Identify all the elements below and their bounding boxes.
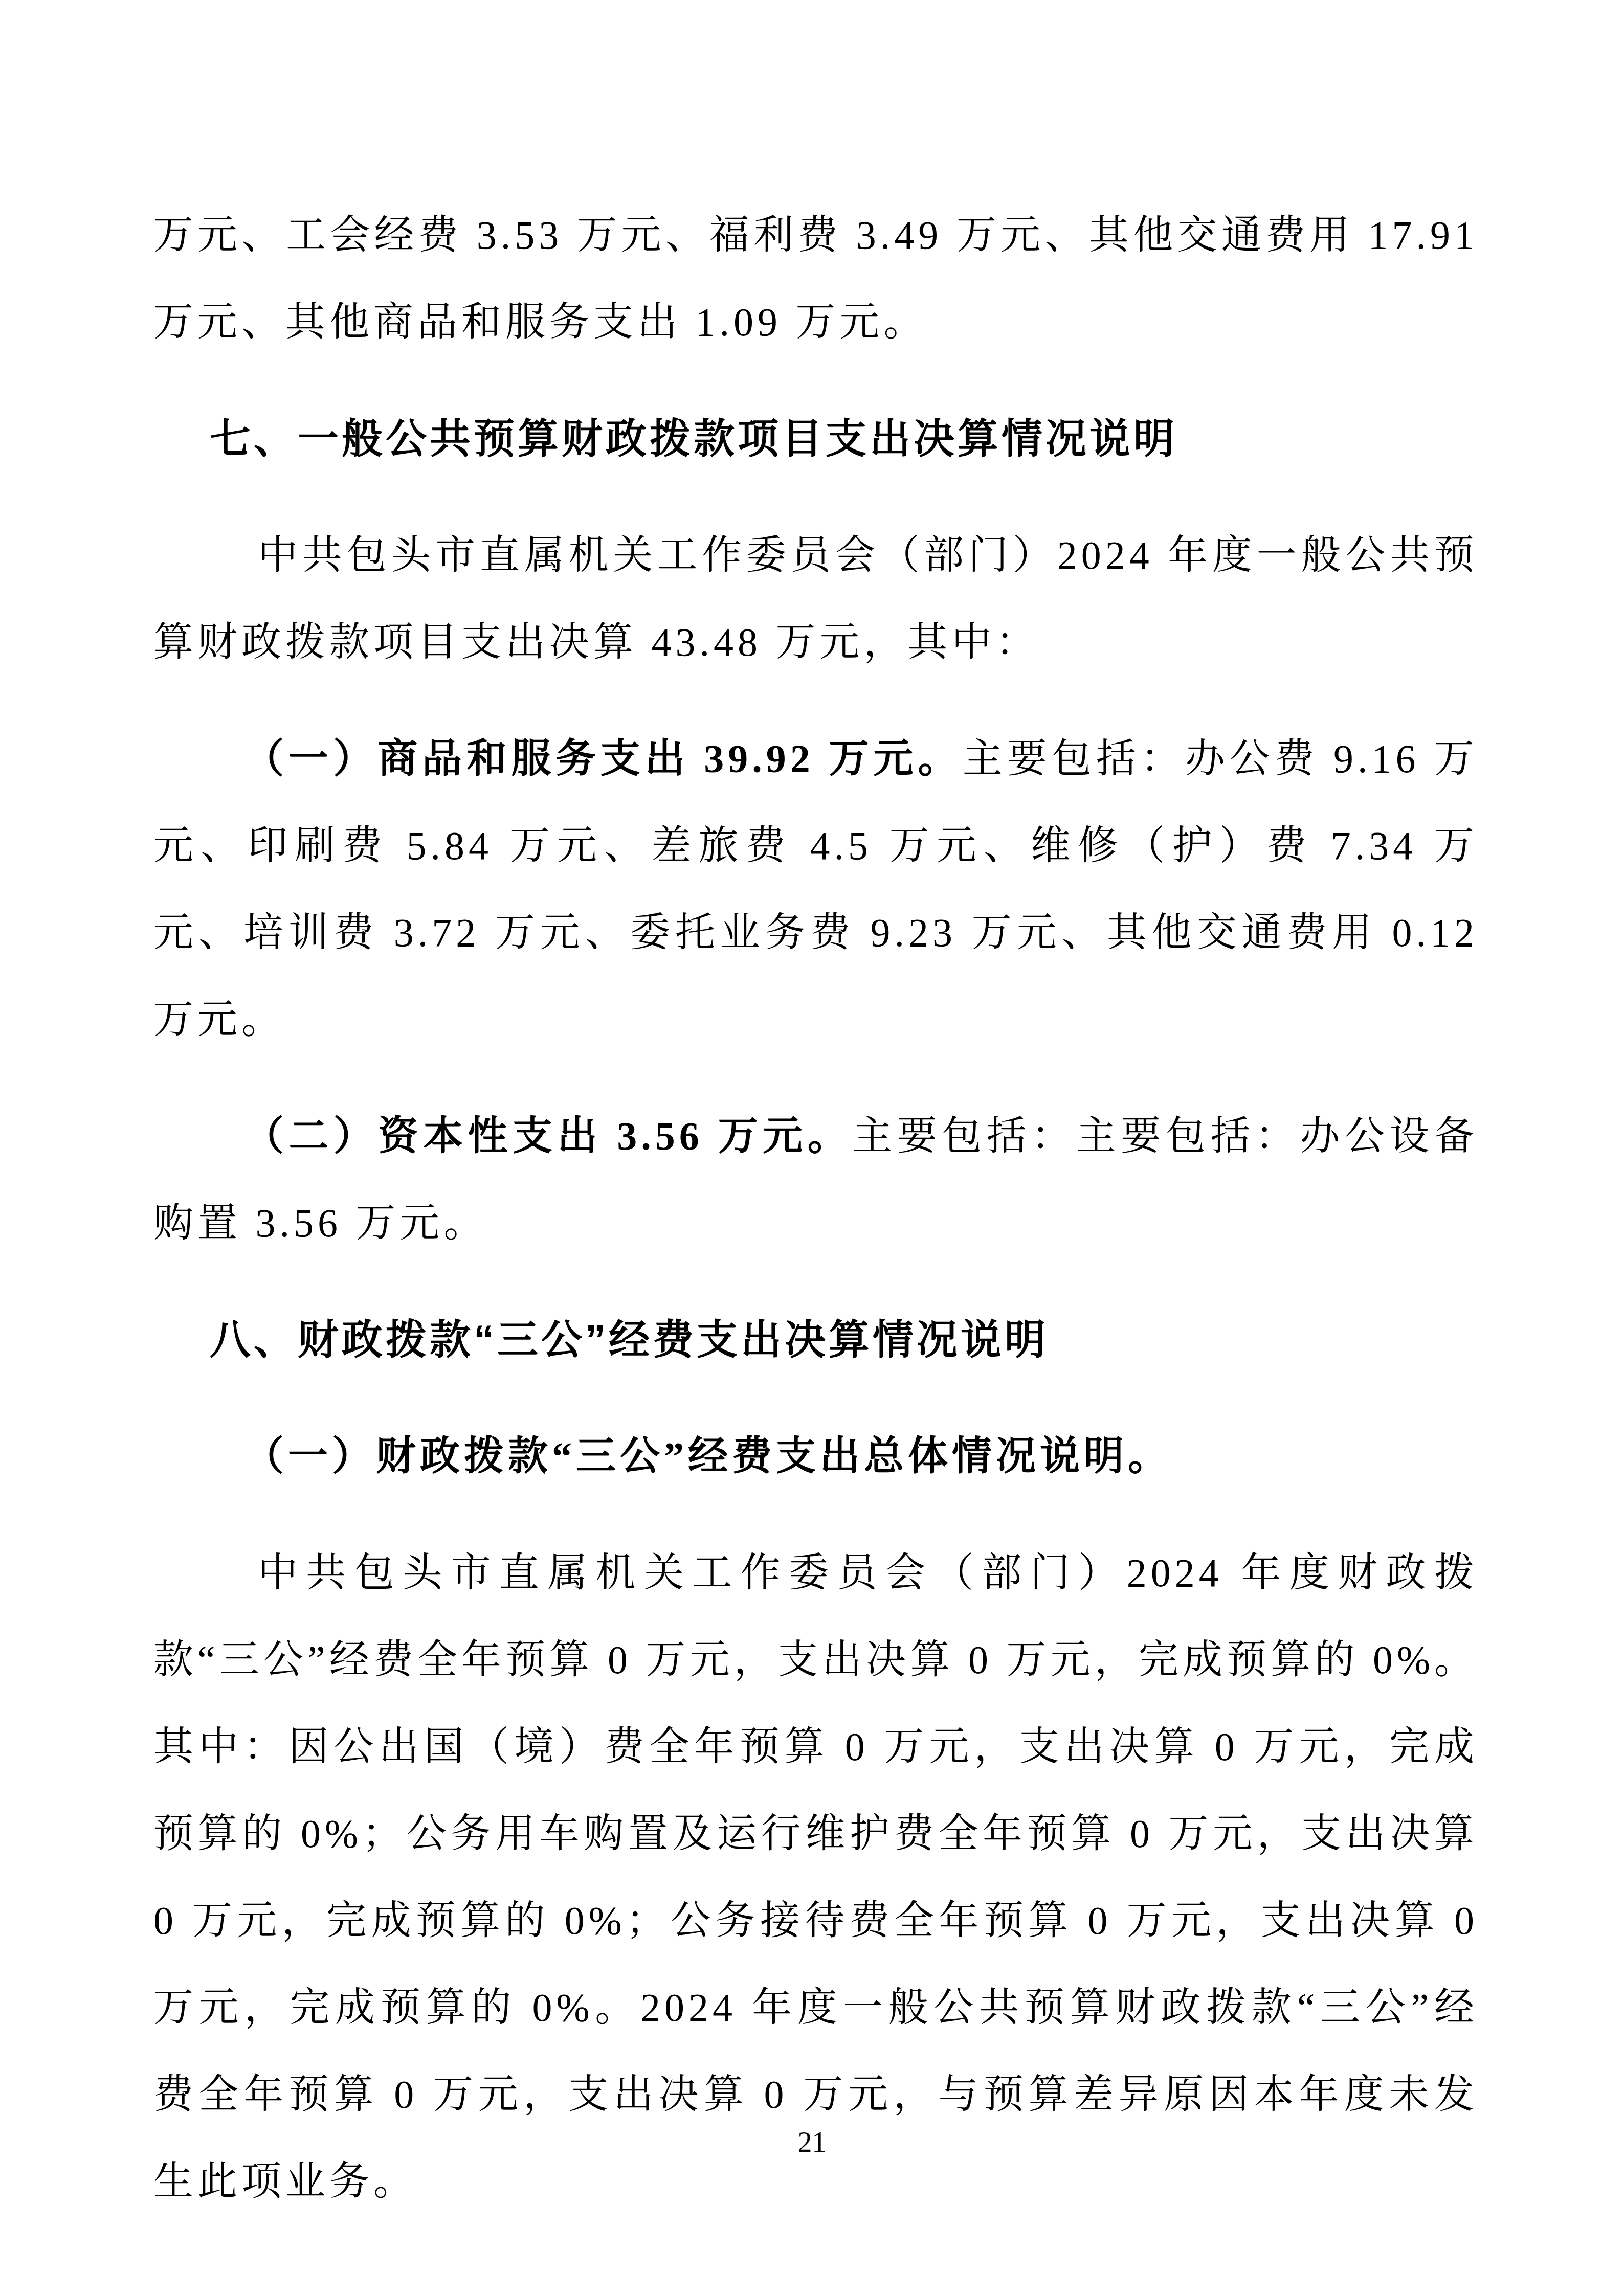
- paragraph-item-two: （二）资本性支出 3.56 万元。主要包括：主要包括：办公设备购置 3.56 万…: [153, 1093, 1478, 1267]
- paragraph-seven-intro: 中共包头市直属机关工作委员会（部门）2024 年度一般公共预算财政拨款项目支出决…: [153, 512, 1478, 686]
- page-number: 21: [0, 2126, 1624, 2159]
- paragraph-item-one: （一）商品和服务支出 39.92 万元。主要包括：办公费 9.16 万元、印刷费…: [153, 715, 1478, 1063]
- paragraph-eight-body: 中共包头市直属机关工作委员会（部门）2024 年度财政拨款“三公”经费全年预算 …: [153, 1529, 1478, 2225]
- sub-heading-eight-one: （一）财政拨款“三公”经费支出总体情况说明。: [153, 1413, 1478, 1500]
- document-page: 万元、工会经费 3.53 万元、福利费 3.49 万元、其他交通费用 17.91…: [0, 0, 1624, 2296]
- item-one-lead: （一）商品和服务支出 39.92 万元。: [244, 736, 963, 781]
- paragraph-continuation: 万元、工会经费 3.53 万元、福利费 3.49 万元、其他交通费用 17.91…: [153, 192, 1478, 366]
- section-heading-seven: 七、一般公共预算财政拨款项目支出决算情况说明: [153, 395, 1478, 482]
- section-heading-eight: 八、财政拨款“三公”经费支出决算情况说明: [153, 1296, 1478, 1383]
- item-two-lead: （二）资本性支出 3.56 万元。: [244, 1114, 852, 1158]
- item-one-rest: 主要包括：办公费 9.16 万元、印刷费 5.84 万元、差旅费 4.5 万元、…: [153, 736, 1478, 1042]
